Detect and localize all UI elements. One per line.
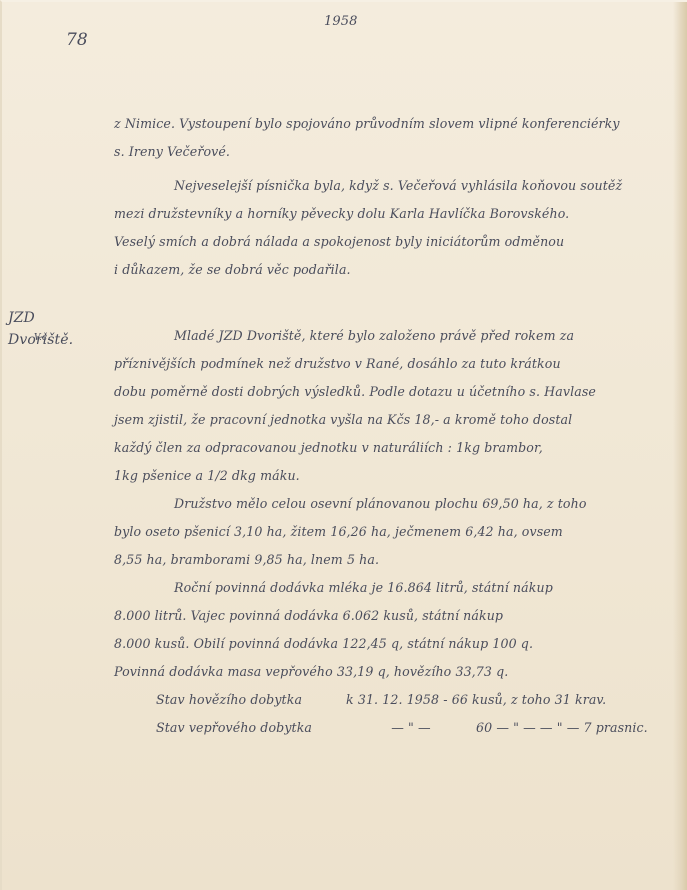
- margin-note-superscript: V.č.: [34, 327, 50, 349]
- livestock-value: k 31. 12. 1958 - 66 kusů, z toho 31 krav…: [346, 686, 606, 714]
- livestock-value: 60 — " — — " — 7 prasnic.: [476, 714, 648, 742]
- text-line: každý člen za odpracovanou jednotku v na…: [114, 434, 674, 462]
- text-line: 8.000 kusů. Obilí povinná dodávka 122,45…: [114, 630, 674, 658]
- text-line: s. Ireny Večeřové.: [114, 138, 674, 166]
- paragraph: Mladé JZD Dvoriště, které bylo založeno …: [114, 322, 674, 490]
- paragraph: Nejveselejší písnička byla, když s. Veče…: [114, 172, 674, 284]
- margin-note: JZD Dvoriště. V.č.: [8, 307, 73, 351]
- paragraph: z Nimice. Vystoupení bylo spojováno prův…: [114, 110, 674, 166]
- manuscript-page: 78 1958 JZD Dvoriště. V.č. z Nimice. Vys…: [0, 0, 687, 890]
- text-line: dobu poměrně dosti dobrých výsledků. Pod…: [114, 378, 674, 406]
- text-line: Družstvo mělo celou osevní plánovanou pl…: [114, 490, 674, 518]
- year-header: 1958: [324, 14, 357, 29]
- text-line: jsem zjistil, že pracovní jednotka vyšla…: [114, 406, 674, 434]
- livestock-label: Stav hovězího dobytka: [156, 686, 346, 714]
- text-line: 8,55 ha, bramborami 9,85 ha, lnem 5 ha.: [114, 546, 674, 574]
- margin-note-line1: JZD: [8, 307, 73, 329]
- text-line: bylo oseto pšenicí 3,10 ha, žitem 16,26 …: [114, 518, 674, 546]
- page-number: 78: [66, 30, 88, 50]
- text-line: Povinná dodávka masa vepřového 33,19 q, …: [114, 658, 674, 686]
- livestock-label: Stav vepřového dobytka: [156, 714, 346, 742]
- spacer: [114, 284, 674, 322]
- paragraph: Roční povinná dodávka mléka je 16.864 li…: [114, 574, 674, 686]
- text-line: 1kg pšenice a 1/2 dkg máku.: [114, 462, 674, 490]
- text-line: příznivějších podmínek než družstvo v Ra…: [114, 350, 674, 378]
- paragraph: Družstvo mělo celou osevní plánovanou pl…: [114, 490, 674, 574]
- text-line: i důkazem, že se dobrá věc podařila.: [114, 256, 674, 284]
- text-line: Nejveselejší písnička byla, když s. Veče…: [114, 172, 674, 200]
- text-line: Roční povinná dodávka mléka je 16.864 li…: [114, 574, 674, 602]
- text-line: Veselý smích a dobrá nálada a spokojenos…: [114, 228, 674, 256]
- text-line: Mladé JZD Dvoriště, které bylo založeno …: [114, 322, 674, 350]
- text-line: z Nimice. Vystoupení bylo spojováno prův…: [114, 110, 674, 138]
- body-text: z Nimice. Vystoupení bylo spojováno prův…: [114, 110, 674, 742]
- text-line: 8.000 litrů. Vajec povinná dodávka 6.062…: [114, 602, 674, 630]
- ditto-mark: — " —: [346, 714, 476, 742]
- text-line: mezi družstevníky a horníky pěvecky dolu…: [114, 200, 674, 228]
- livestock-line-pigs: Stav vepřového dobytka — " — 60 — " — — …: [114, 714, 674, 742]
- livestock-line-cattle: Stav hovězího dobytka k 31. 12. 1958 - 6…: [114, 686, 674, 714]
